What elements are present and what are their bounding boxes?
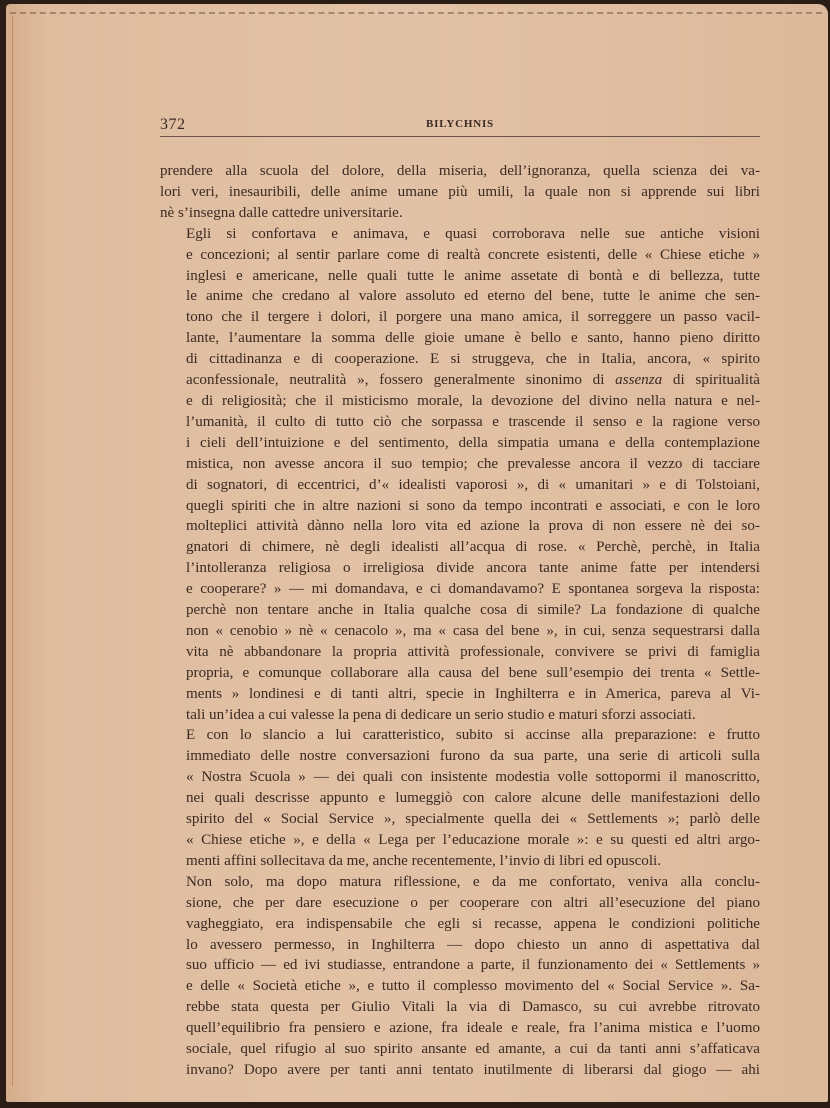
text-line: « Chiese etiche », e della « Lega per l’… [160, 830, 760, 851]
text-line: di sognatori, di eccentrici, d’« idealis… [160, 475, 760, 496]
text-line: mistica, non avesse ancora il suo tempio… [160, 454, 760, 475]
journal-title: BILYCHNIS [160, 118, 760, 130]
italic-emphasis: assenza [615, 372, 662, 388]
text-line: l’intolleranza religiosa o irreligiosa d… [160, 558, 760, 579]
text-line: molteplici attività dànno nella loro vit… [160, 516, 760, 537]
text-line: tali un’idea a cui valesse la pena di de… [160, 705, 760, 726]
page-top-edge [10, 12, 822, 17]
text-line: nei quali descrisse appunto e lumeggiò c… [160, 788, 760, 809]
paragraph: prendere alla scuola del dolore, della m… [160, 161, 760, 224]
text-line: tono che il tergere i dolori, il porgere… [160, 307, 760, 328]
text-line: e di religiosità; che il misticismo mora… [160, 391, 760, 412]
text-line: sociale, quel rifugio al suo spirito ans… [160, 1039, 760, 1060]
text-line: rebbe stata questa per Giulio Vitali la … [160, 997, 760, 1018]
text-line: propria, e comunque collaborare alla cau… [160, 663, 760, 684]
text-line: aconfessionale, neutralità », fossero ge… [160, 370, 760, 391]
text-line: sione, che per dare esecuzione o per coo… [160, 893, 760, 914]
text-line: vagheggiato, era indispensabile che egli… [160, 914, 760, 935]
text-line: lo avessero permesso, in Inghilterra — d… [160, 935, 760, 956]
paragraph: Egli si confortava e animava, e quasi co… [160, 224, 760, 726]
text-line: non « cenobio » nè « cenacolo », ma « ca… [160, 621, 760, 642]
text-line: quell’equilibrio fra pensiero e azione, … [160, 1018, 760, 1039]
text-line: i cieli dell’intuizione e del sentimento… [160, 433, 760, 454]
text-line: nè s’insegna dalle cattedre universitari… [160, 203, 760, 224]
text-line: vita nè abbandonare la propria attività … [160, 642, 760, 663]
text-line: perchè non tentare anche in Italia qualc… [160, 600, 760, 621]
text-line: lori veri, inesauribili, delle anime uma… [160, 182, 760, 203]
text-line: e cooperare? » — mi domandava, e ci doma… [160, 579, 760, 600]
text-line: l’umanità, il culto di tutto ciò che sor… [160, 412, 760, 433]
body-text: prendere alla scuola del dolore, della m… [160, 161, 760, 1081]
paragraph: Non solo, ma dopo matura riflessione, e … [160, 872, 760, 1081]
text-line: gnatori di chimere, nè degli idealisti a… [160, 537, 760, 558]
text-line: le anime che credano al valore assoluto … [160, 286, 760, 307]
text-line: immediato delle nostre conversazioni fur… [160, 746, 760, 767]
text-line: prendere alla scuola del dolore, della m… [160, 161, 760, 182]
text-line: spirito del « Social Service », specialm… [160, 809, 760, 830]
text-line: di cittadinanza e di cooperazione. E si … [160, 349, 760, 370]
page-left-edge [12, 16, 16, 1086]
text-line: quegli spiriti che in altre nazioni si s… [160, 496, 760, 517]
text-line: e concezioni; al sentir parlare come di … [160, 245, 760, 266]
running-header: 372 BILYCHNIS [160, 116, 760, 137]
paragraph: E con lo slancio a lui caratteristico, s… [160, 725, 760, 871]
text-line: ments » londinesi e di tanti altri, spec… [160, 684, 760, 705]
text-line: inglesi e americane, nelle quali tutte l… [160, 266, 760, 287]
text-line: lante, l’aumentare la somma delle gioie … [160, 328, 760, 349]
text-line: Non solo, ma dopo matura riflessione, e … [160, 872, 760, 893]
text-line: suo ufficio — ed ivi studiasse, entrando… [160, 955, 760, 976]
text-line: E con lo slancio a lui caratteristico, s… [160, 725, 760, 746]
document-page: 372 BILYCHNIS prendere alla scuola del d… [160, 116, 760, 1081]
text-line: e delle « Società etiche », e tutto il c… [160, 976, 760, 997]
text-line: invano? Dopo avere per tanti anni tentat… [160, 1060, 760, 1081]
text-line: menti affini sollecitava da me, anche re… [160, 851, 760, 872]
text-line: « Nostra Scuola » — dei quali con insist… [160, 767, 760, 788]
text-line: Egli si confortava e animava, e quasi co… [160, 224, 760, 245]
